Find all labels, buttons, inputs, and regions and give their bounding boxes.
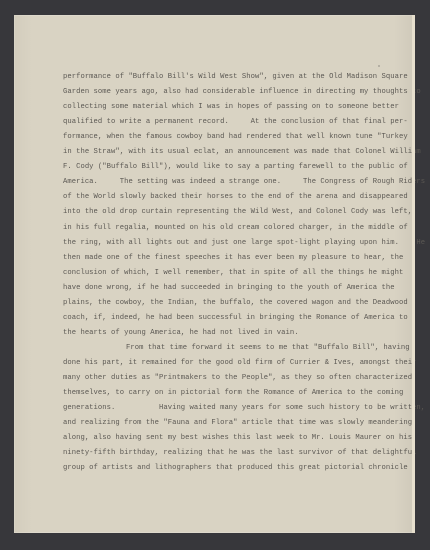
text-line: have done wrong, if he had succeeded in … — [63, 283, 395, 293]
text-line: many other duties as "Printmakers to the… — [63, 373, 412, 383]
text-line: of the World slowly backed their horses … — [63, 192, 408, 202]
text-line: themselves, to carry on in pictorial for… — [63, 388, 403, 398]
text-line: America. The setting was indeed a strang… — [63, 177, 425, 187]
text-line: ninety-fifth birthday, realizing that he… — [63, 448, 416, 458]
text-line: collecting some material which I was in … — [63, 102, 399, 112]
text-line: and realizing from the "Fauna and Flora"… — [63, 418, 412, 428]
text-line: the hearts of young America, he had not … — [63, 328, 299, 338]
text-line: the ring, with all lights out and just o… — [63, 238, 425, 248]
text-line: group of artists and lithographers that … — [63, 463, 408, 473]
paper-speck — [378, 65, 380, 67]
text-line: then made one of the finest speeches it … — [63, 253, 403, 263]
text-line: qualified to write a permanent record. A… — [63, 117, 408, 127]
text-line: into the old drop curtain representing t… — [63, 207, 412, 217]
text-line: coach, if, indeed, he had been successfu… — [63, 313, 408, 323]
text-line: From that time forward it seems to me th… — [126, 343, 410, 353]
text-line: formance, when the famous cowboy band ha… — [63, 132, 408, 142]
text-line: generations. Having waited many years fo… — [63, 403, 425, 413]
text-line: done his part, it remained for the good … — [63, 358, 416, 368]
text-line: Garden some years ago, also had consider… — [63, 87, 421, 97]
text-line: plains, the cowboy, the Indian, the buff… — [63, 298, 408, 308]
text-line: along, also having sent my best wishes t… — [63, 433, 412, 443]
text-line: F. Cody ("Buffalo Bill"), would like to … — [63, 162, 408, 172]
text-line: performance of "Buffalo Bill's Wild West… — [63, 72, 408, 82]
text-line: conclusion of which, I well remember, th… — [63, 268, 403, 278]
text-line: in his full regalia, mounted on his old … — [63, 223, 408, 233]
text-line: in the Straw", with its usual eclat, an … — [63, 147, 421, 157]
typewritten-page: performance of "Buffalo Bill's Wild West… — [14, 15, 415, 533]
